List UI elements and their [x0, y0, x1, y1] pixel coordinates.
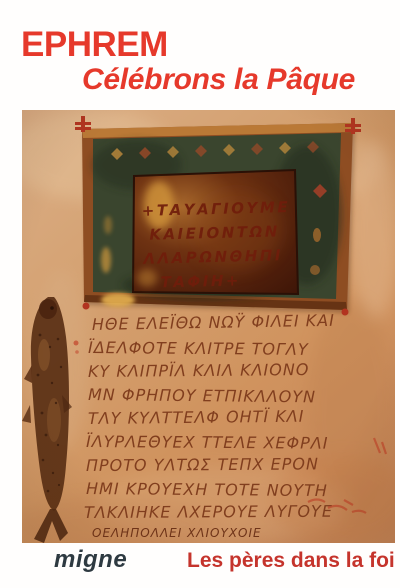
publisher-logo: migne	[54, 546, 127, 574]
manuscript-photo-svg: +ΤΑΥΑΓΙΟΥΜΕ ΚΑΙΕΙΟΝΤΩΝ ΛΛΑΡΩΝΘΗΠΙ ΤΑΦΙΗ+	[22, 110, 395, 543]
author-name: EPHREM	[21, 27, 168, 62]
collection-name: Les pères dans la foi	[187, 549, 392, 573]
book-cover: EPHREM Célébrons la Pâque	[0, 0, 400, 588]
photo-vignette	[22, 110, 395, 543]
book-title: Célébrons la Pâque	[82, 63, 355, 96]
manuscript-photo: +ΤΑΥΑΓΙΟΥΜΕ ΚΑΙΕΙΟΝΤΩΝ ΛΛΑΡΩΝΘΗΠΙ ΤΑΦΙΗ+	[22, 110, 395, 543]
